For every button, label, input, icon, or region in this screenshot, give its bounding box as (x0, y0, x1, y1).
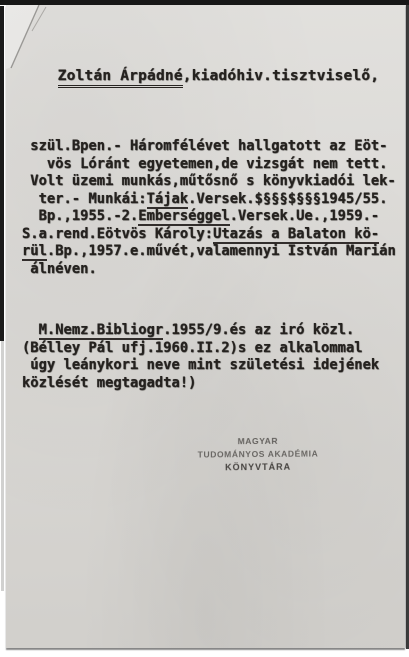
scanned-document: Zoltán Árpádné,kiadóhiv.tisztviselő, szü… (0, 0, 409, 657)
card-title: Zoltán Árpádné,kiadóhiv.tisztviselő, (22, 66, 403, 86)
typewritten-text: Zoltán Árpádné,kiadóhiv.tisztviselő, szü… (22, 31, 403, 427)
library-stamp: MAGYAR TUDOMÁNYOS AKADÉMIA KÖNYVTÁRA (178, 434, 338, 474)
scan-edge-shadow-left-lower (1, 341, 4, 591)
text-line: közlését megtagadta!) (22, 375, 403, 393)
biography-paragraph: szül.Bpen.- Háromfélévet hallgatott az E… (22, 138, 403, 278)
text-line: Volt üzemi munkás,műtősnő s könyvkiadói … (22, 173, 403, 191)
text-line: (Bélley Pál ufj.1960.II.2)s ez alkalomma… (22, 340, 403, 358)
text-line: rül.Bp.,1957.e.művét,valamennyi István M… (22, 243, 403, 261)
catalog-card: Zoltán Árpádné,kiadóhiv.tisztviselő, szü… (6, 5, 405, 648)
text-line: vös Lóránt egyetemen,de vizsgát nem tett… (22, 156, 403, 174)
text-line: úgy leánykori neve mint születési idején… (22, 357, 403, 375)
text-line: M.Nemz.Bibliogr.1955/9.és az iró közl. (22, 322, 403, 340)
text-line: álnéven. (22, 261, 403, 279)
stamp-line: KÖNYVTÁRA (178, 460, 338, 474)
bibliography-note: M.Nemz.Bibliogr.1955/9.és az iró közl.(B… (22, 322, 403, 392)
text-line: ter.- Munkái:Tájak.Versek.$§§§$§§§1945/5… (22, 191, 403, 209)
text-line: szül.Bpen.- Háromfélévet hallgatott az E… (22, 138, 403, 156)
text-line: Zoltán Árpádné,kiadóhiv.tisztviselő, (22, 66, 403, 86)
scan-edge-shadow-left (0, 6, 4, 341)
text-line: Bp.,1955.-2.Emberséggel.Versek.Ue.,1959.… (22, 208, 403, 226)
text-line: S.a.rend.Eötvös Károly:Utazás a Balaton … (22, 226, 403, 244)
